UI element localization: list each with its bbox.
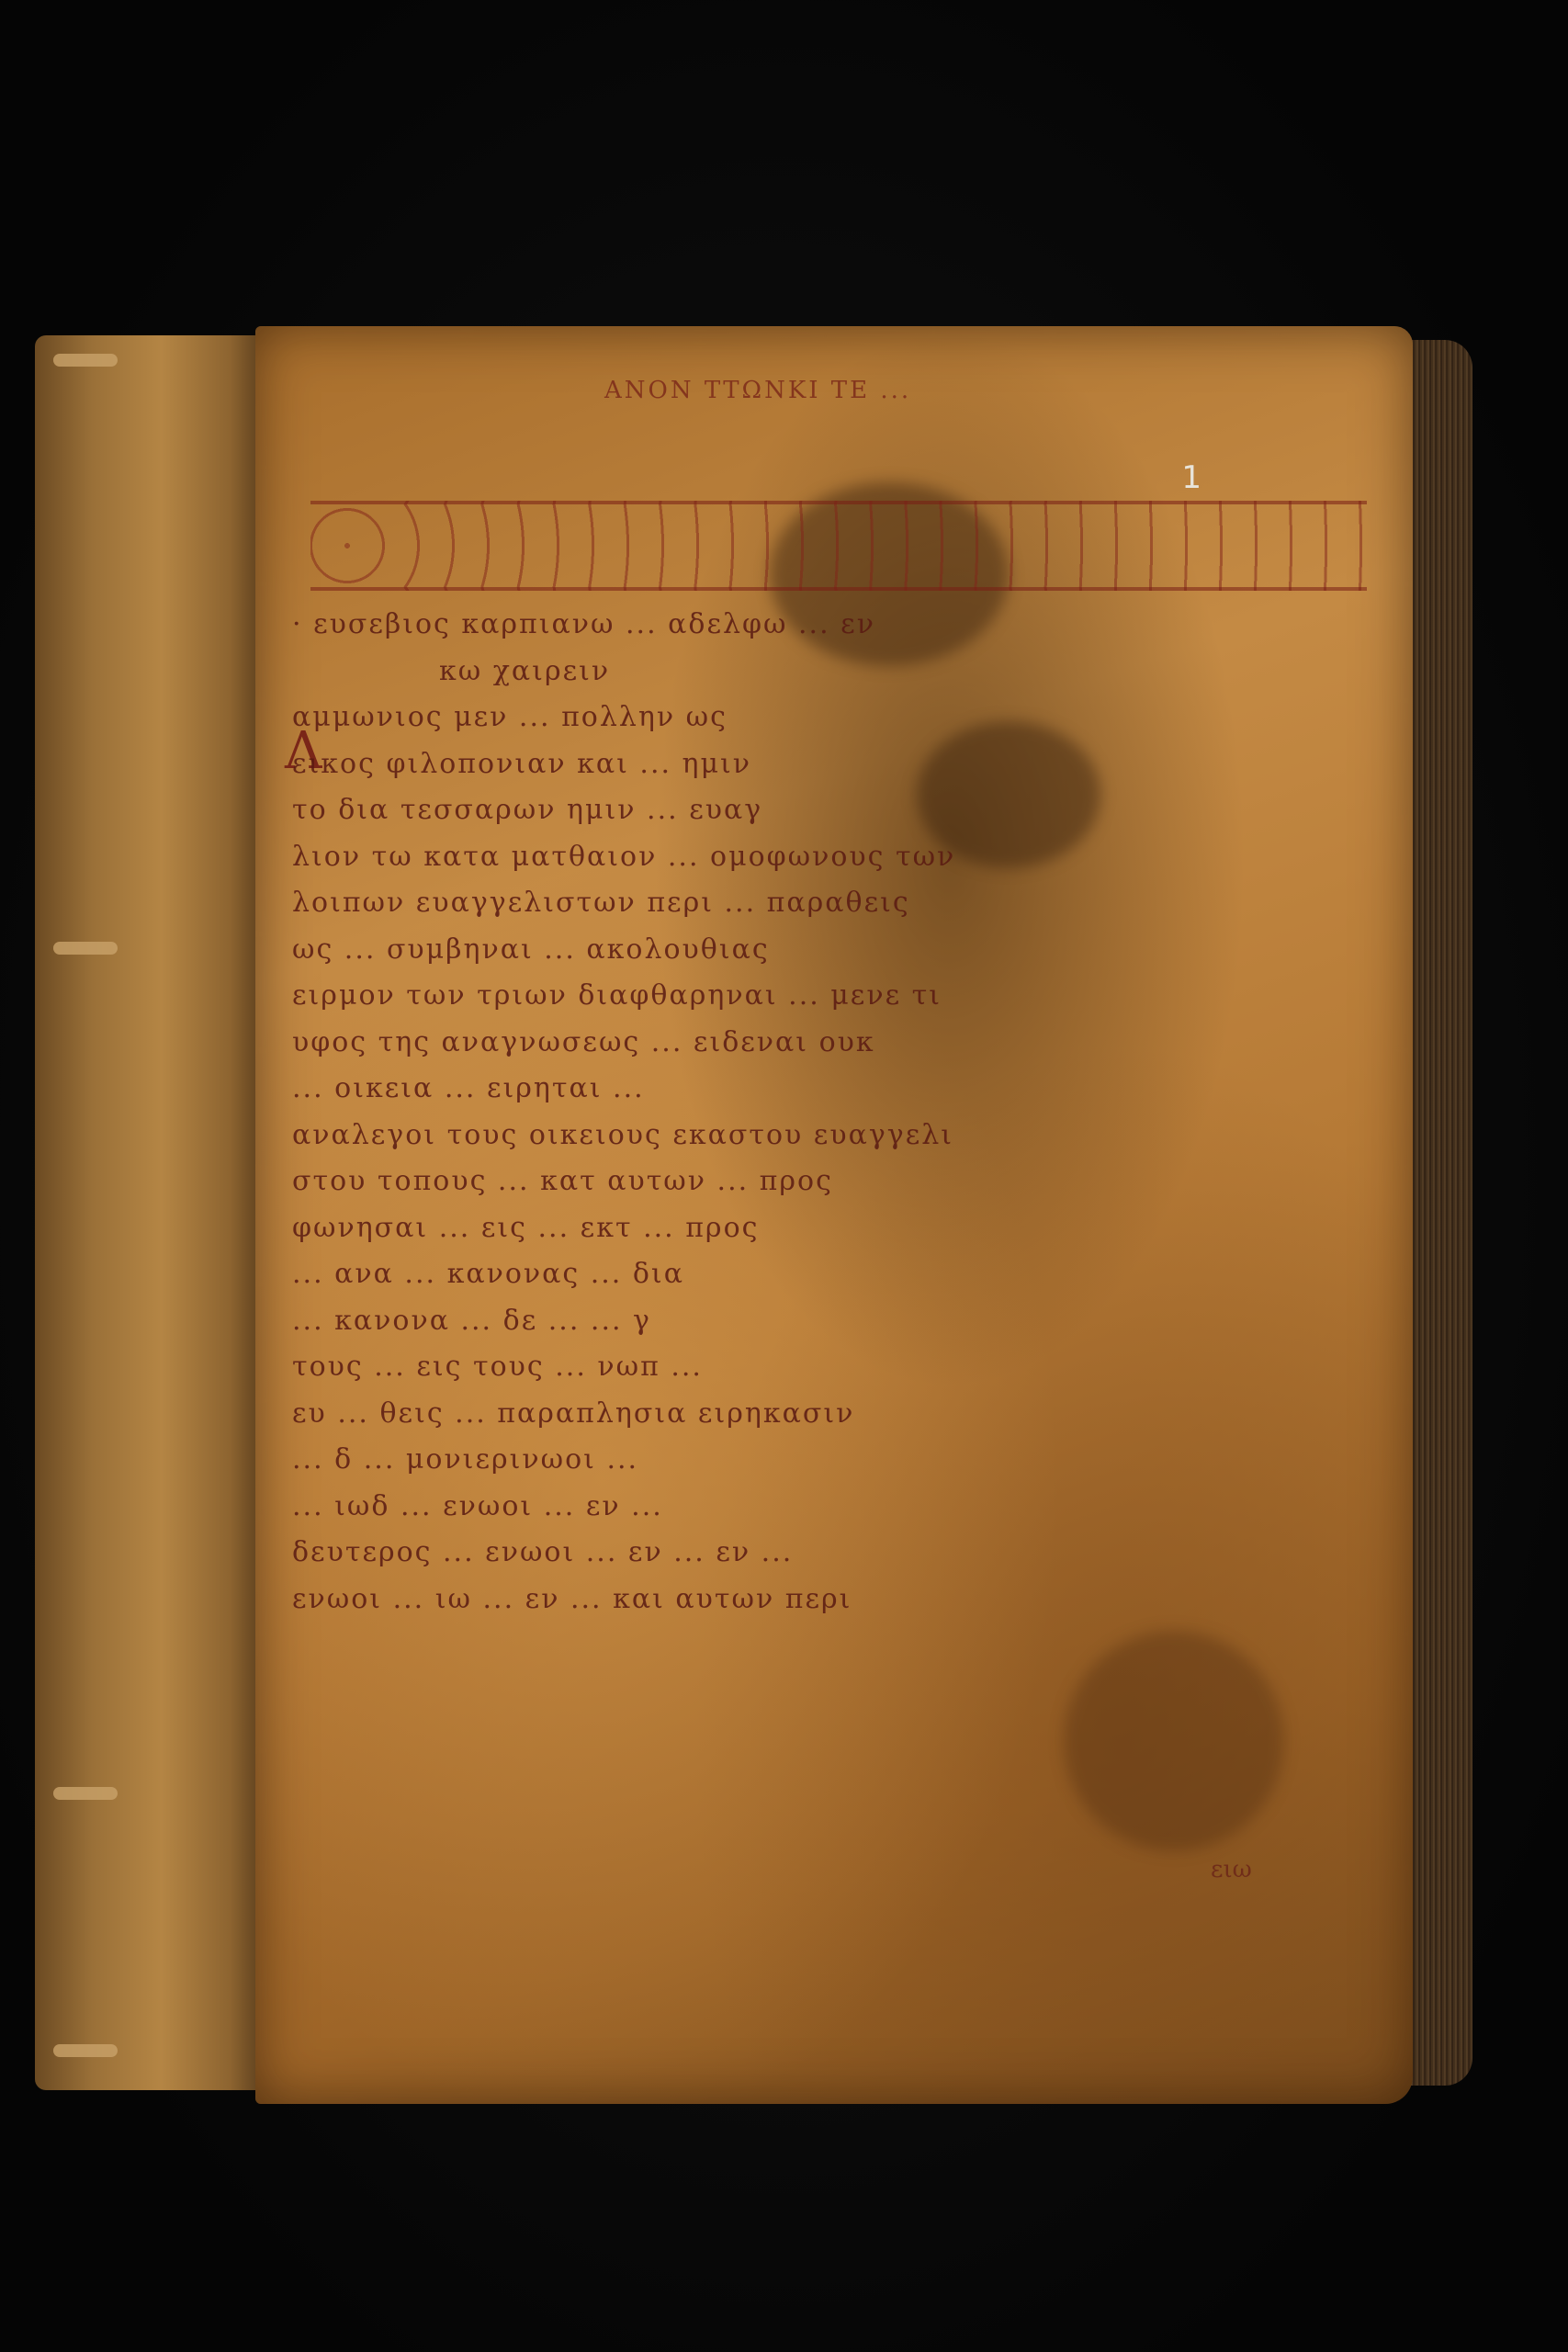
text-line: φωνησαι ... εις ... εκτ ... προς [292,1205,1358,1252]
title-line: ΑΝΟΝ ΤΤΩΝΚΙ ΤΕ ... [604,377,911,404]
stain [1064,1631,1284,1851]
folio-number: 1 [1181,459,1201,496]
text-line: αμμωνιος μεν ... πολλην ως [292,695,1358,741]
text-line: στου τοπους ... κατ αυτων ... προς [292,1159,1358,1205]
text-line: ως ... συμβηναι ... ακολουθιας [292,927,1358,974]
manuscript-book: ΑΝΟΝ ΤΤΩΝΚΙ ΤΕ ... 1 Λ · ευσεβιος καρπια… [35,326,1472,2099]
text-line: το δια τεσσαρων ημιν ... ευαγ [292,787,1358,834]
text-line: ... δ ... μονιερινωοι ... [292,1437,1358,1484]
text-line: κω χαιρειν [292,649,1358,695]
text-line: · ευσεβιος καρπιανω ... αδελφω ... εν [292,602,1358,649]
binding-stitch [53,2044,118,2057]
text-line: υφος της αναγνωσεως ... ειδεναι ουκ [292,1020,1358,1067]
text-line: αναλεγοι τους οικειους εκαστου ευαγγελι [292,1113,1358,1159]
binding-stitch [53,354,118,367]
text-block: Λ · ευσεβιος καρπιανω ... αδελφω ... εν … [292,602,1358,1623]
decorative-headpiece [310,501,1367,591]
text-line: τους ... εις τους ... νωπ ... [292,1344,1358,1391]
binding-stitch [53,1787,118,1800]
text-line: δευτερος ... ενωοι ... εν ... εν ... [292,1530,1358,1577]
text-line: ... κανονα ... δε ... ... γ [292,1298,1358,1345]
text-line: ειρμον των τριων διαφθαρηναι ... μενε τι [292,973,1358,1020]
parchment-leaf: ΑΝΟΝ ΤΤΩΝΚΙ ΤΕ ... 1 Λ · ευσεβιος καρπια… [255,326,1413,2104]
text-line: ... οικεια ... ειρηται ... [292,1066,1358,1113]
text-line: εικος φιλοπονιαν και ... ημιν [292,741,1358,788]
book-spine [35,335,265,2090]
text-line: ευ ... θεις ... παραπλησια ειρηκασιν [292,1391,1358,1438]
marginal-note: ειω [1211,1856,1252,1883]
binding-stitch [53,942,118,955]
text-line: λοιπων ευαγγελιστων περι ... παραθεις [292,880,1358,927]
text-line: ενωοι ... ιω ... εν ... και αυτων περι [292,1577,1358,1623]
text-line: λιον τω κατα ματθαιον ... ομοφωνους των [292,834,1358,881]
text-line: ... ανα ... κανονας ... δια [292,1251,1358,1298]
text-line: ... ιωδ ... ενωοι ... εν ... [292,1484,1358,1531]
